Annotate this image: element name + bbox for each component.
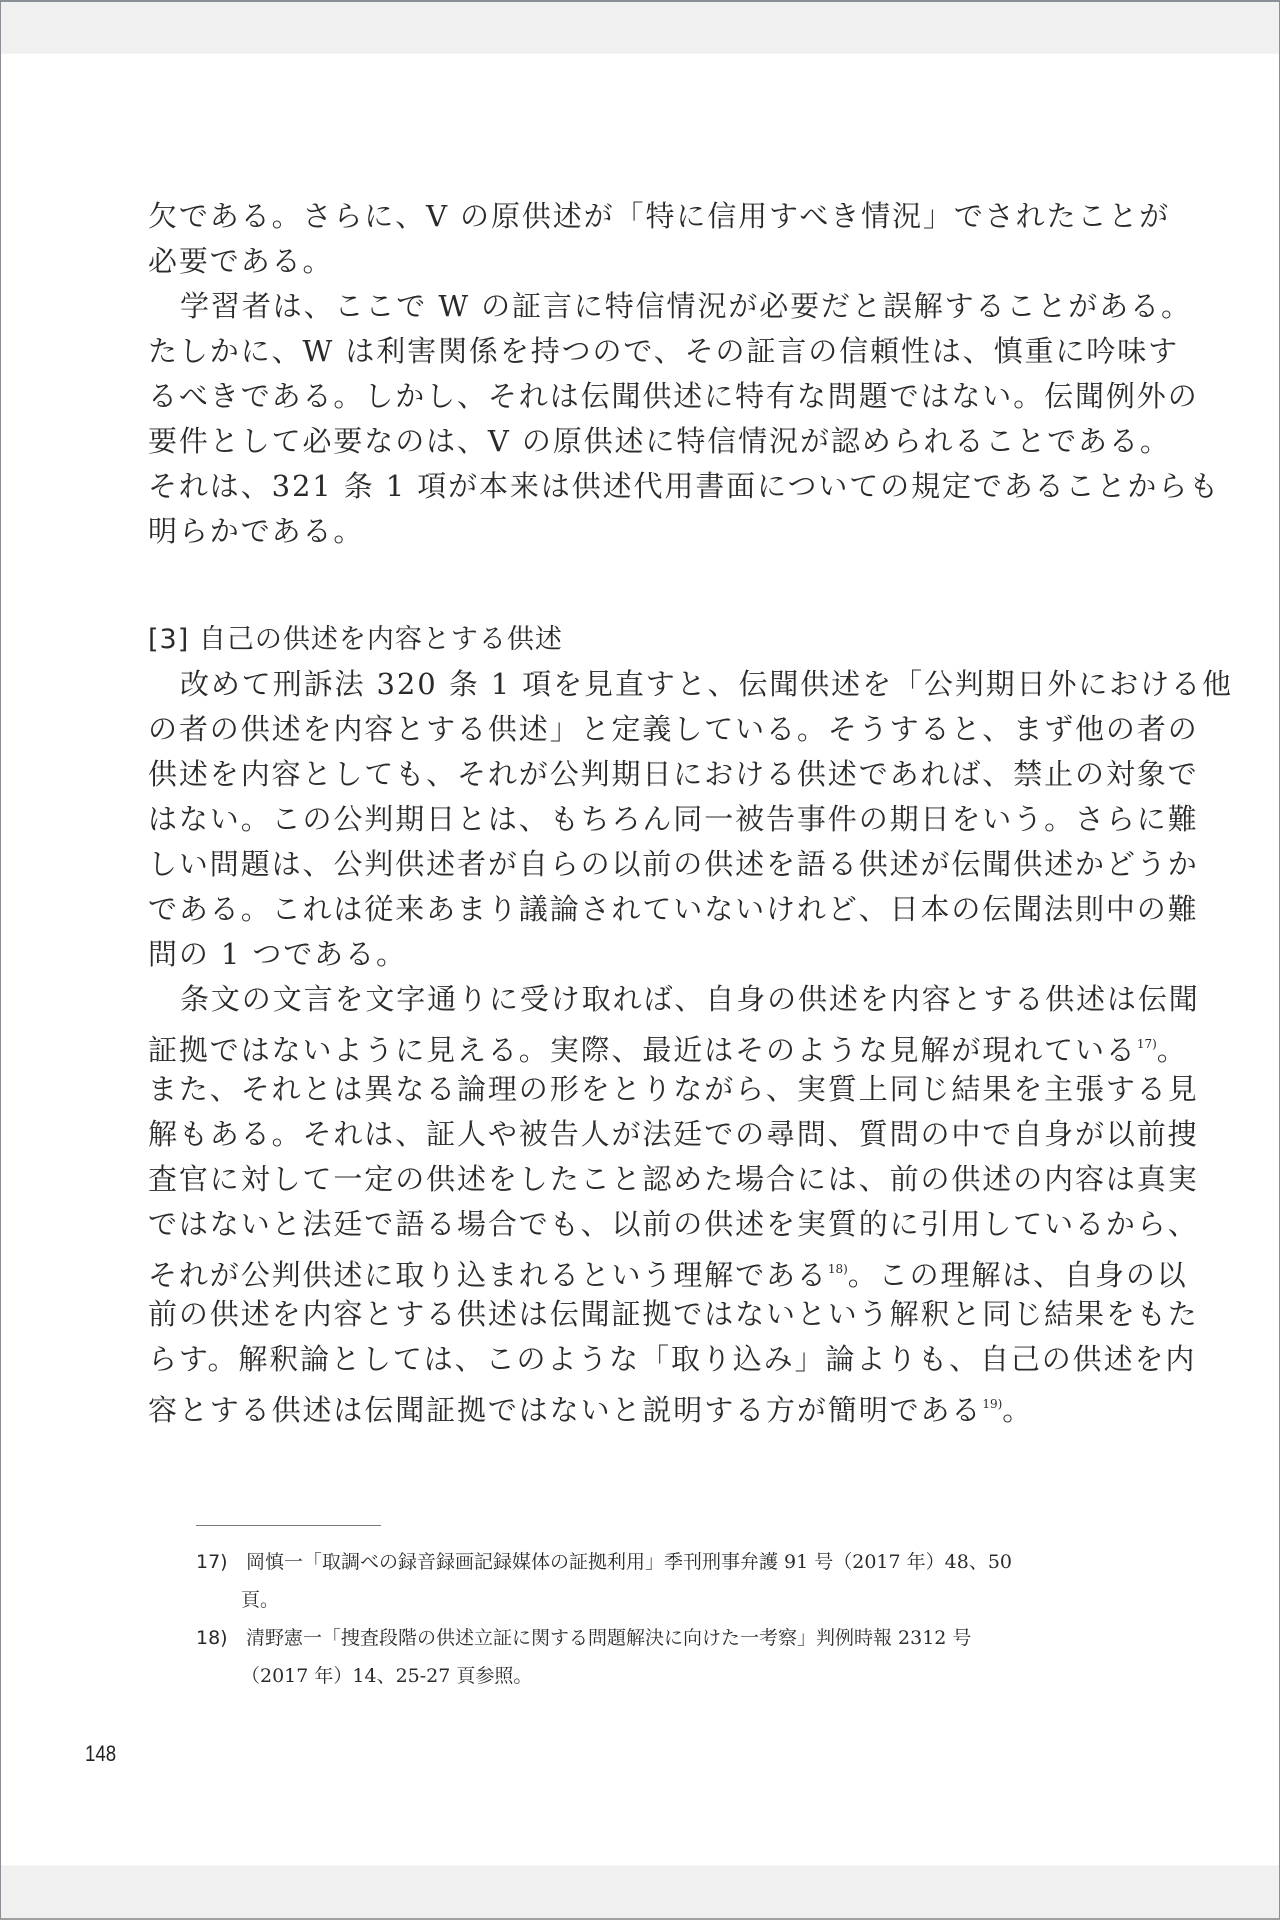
text-line: たしかに、W は利害関係を持つので、その証言の信頼性は、慎重に吟味す xyxy=(148,329,1108,374)
footnote-ref-19[interactable]: 19) xyxy=(982,1397,1002,1411)
text-line: 欠である。さらに、V の原供述が「特に信用すべき情況」でされたことが xyxy=(148,194,1108,239)
footnote-number: 17) xyxy=(196,1543,246,1581)
footnotes: 17)岡慎一「取調べの録音録画記録媒体の証拠利用」季刊刑事弁護 91 号（201… xyxy=(196,1543,1106,1695)
text-line: 要件として必要なのは、V の原供述に特信情況が認められることである。 xyxy=(148,419,1108,464)
viewer-top-bar xyxy=(1,2,1279,54)
text-line: 解もある。それは、証人や被告人が法廷での尋問、質問の中で自身が以前捜 xyxy=(148,1112,1108,1157)
text-line: 証拠ではないように見える。実際、最近はそのような見解が現れている17)。 xyxy=(148,1022,1108,1067)
text-line: しい問題は、公判供述者が自らの以前の供述を語る供述が伝聞供述かどうか xyxy=(148,842,1108,887)
text-line: また、それとは異なる論理の形をとりながら、実質上同じ結果を主張する見 xyxy=(148,1067,1108,1112)
book-page: 欠である。さらに、V の原供述が「特に信用すべき情況」でされたことが 必要である… xyxy=(1,55,1279,1868)
viewer-bottom-bar xyxy=(1,1865,1279,1918)
paragraph-3: 改めて刑訴法 320 条 1 項を見直すと、伝聞供述を「公判期日外における他 の… xyxy=(148,662,1108,977)
text-line: るべきである。しかし、それは伝聞供述に特有な問題ではない。伝聞例外の xyxy=(148,374,1108,419)
footnote-18: 18)清野憲一「捜査段階の供述立証に関する問題解決に向けた一考察」判例時報 23… xyxy=(196,1619,1106,1657)
text-line: である。これは従来あまり議論されていないけれど、日本の伝聞法則中の難 xyxy=(148,887,1108,932)
text-line: 前の供述を内容とする供述は伝聞証拠ではないという解釈と同じ結果をもた xyxy=(148,1292,1108,1337)
text-line: 改めて刑訴法 320 条 1 項を見直すと、伝聞供述を「公判期日外における他 xyxy=(148,662,1108,707)
text-line: 学習者は、ここで W の証言に特信情況が必要だと誤解することがある。 xyxy=(148,284,1108,329)
document-viewer: 欠である。さらに、V の原供述が「特に信用すべき情況」でされたことが 必要である… xyxy=(0,0,1280,1920)
text-line: らす。解釈論としては、このような「取り込み」論よりも、自己の供述を内 xyxy=(148,1337,1108,1382)
text-line: 問の 1 つである。 xyxy=(148,932,1108,977)
text-line: ではないと法廷で語る場合でも、以前の供述を実質的に引用しているから、 xyxy=(148,1202,1108,1247)
footnote-ref-18[interactable]: 18) xyxy=(828,1262,848,1276)
text-line: 査官に対して一定の供述をしたこと認めた場合には、前の供述の内容は真実 xyxy=(148,1157,1108,1202)
text-line: それが公判供述に取り込まれるという理解である18)。この理解は、自身の以 xyxy=(148,1247,1108,1292)
section-heading: [3] 自己の供述を内容とする供述 xyxy=(148,617,563,662)
text-line: 明らかである。 xyxy=(148,509,1108,554)
paragraph-1: 欠である。さらに、V の原供述が「特に信用すべき情況」でされたことが 必要である… xyxy=(148,194,1108,284)
footnote-text: 清野憲一「捜査段階の供述立証に関する問題解決に向けた一考察」判例時報 2312 … xyxy=(246,1627,971,1649)
footnote-17-continued: 頁。 xyxy=(196,1581,1106,1619)
footnote-18-continued: （2017 年）14、25-27 頁参照。 xyxy=(196,1657,1106,1695)
text-line: 供述を内容としても、それが公判期日における供述であれば、禁止の対象で xyxy=(148,752,1108,797)
paragraph-4: 条文の文言を文字通りに受け取れば、自身の供述を内容とする供述は伝聞 証拠ではない… xyxy=(148,977,1108,1427)
text-line: 容とする供述は伝聞証拠ではないと説明する方が簡明である19)。 xyxy=(148,1382,1108,1427)
text-line: それは、321 条 1 項が本来は供述代用書面についての規定であることからも xyxy=(148,464,1108,509)
footnote-text: 岡慎一「取調べの録音録画記録媒体の証拠利用」季刊刑事弁護 91 号（2017 年… xyxy=(246,1551,1012,1573)
footnote-number: 18) xyxy=(196,1619,246,1657)
text-line: はない。この公判期日とは、もちろん同一被告事件の期日をいう。さらに難 xyxy=(148,797,1108,842)
text-line: 条文の文言を文字通りに受け取れば、自身の供述を内容とする供述は伝聞 xyxy=(148,977,1108,1022)
text-line: 必要である。 xyxy=(148,239,1108,284)
footnote-divider xyxy=(196,1525,381,1526)
paragraph-2: 学習者は、ここで W の証言に特信情況が必要だと誤解することがある。 たしかに、… xyxy=(148,284,1108,554)
text-line: の者の供述を内容とする供述」と定義している。そうすると、まず他の者の xyxy=(148,707,1108,752)
footnote-17: 17)岡慎一「取調べの録音録画記録媒体の証拠利用」季刊刑事弁護 91 号（201… xyxy=(196,1543,1106,1581)
footnote-ref-17[interactable]: 17) xyxy=(1137,1037,1157,1051)
page-number: 148 xyxy=(85,1741,116,1767)
